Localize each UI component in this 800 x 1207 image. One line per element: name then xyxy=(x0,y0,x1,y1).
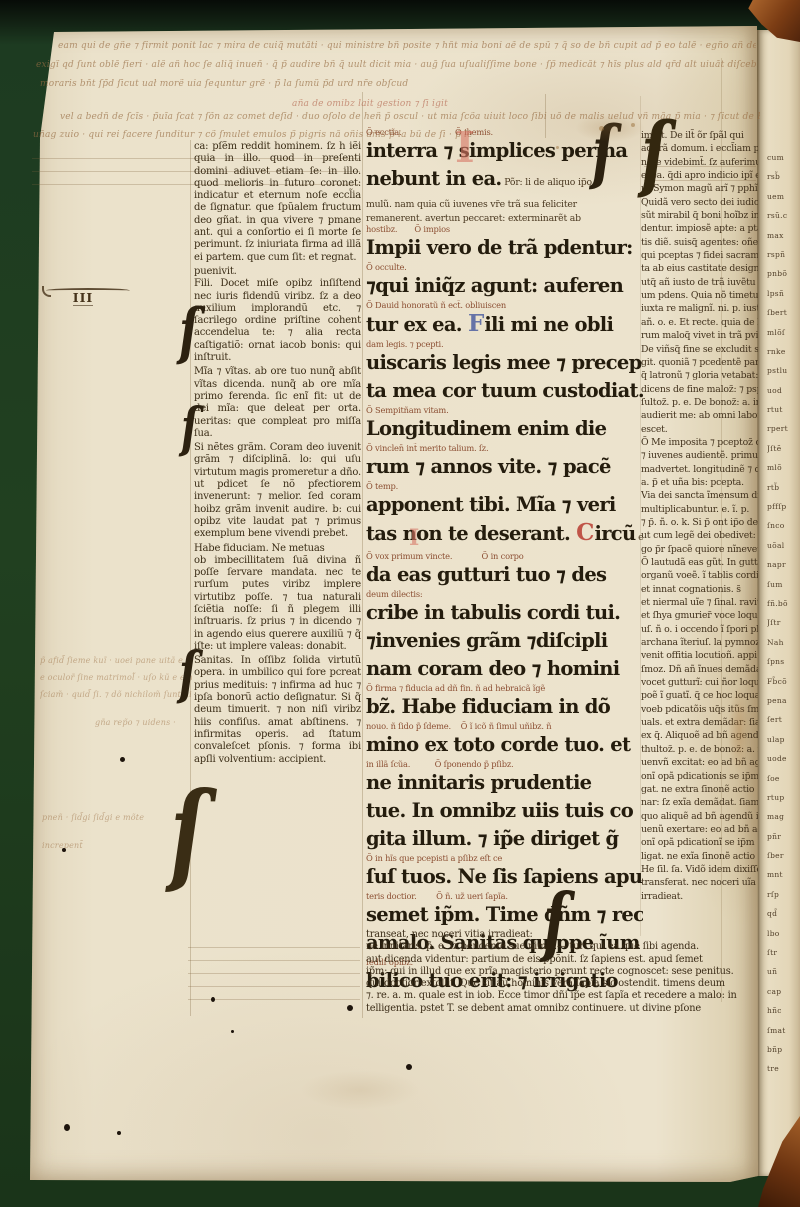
paraph-flourish: ſ xyxy=(179,645,197,702)
foreedge-text-fragment: rnke xyxy=(767,342,800,361)
gloss-text-line: rum maloq̃ vivet in trã pvixit. xyxy=(641,329,758,342)
gloss-text-line: et niermal uĩe ⁊ ſinal. raviter mẽ xyxy=(641,596,758,609)
paraph-flourish: ſ xyxy=(170,778,205,889)
main-text-row: Õ occulte. ⁊qui iniq̃z agunt: auferen xyxy=(366,262,643,300)
left-gloss-column: ca: pſẽm reddit hominem. ſz h iẽi quia i… xyxy=(194,141,361,768)
foreedge-text-fragment: rsb̃ xyxy=(767,167,800,186)
main-text-line: apponent tibi. Mĩa ⁊ veri xyxy=(366,491,643,519)
foreedge-text-fragment: lpsñ xyxy=(767,284,800,303)
gloss-text-line: uſ. ñ o. i occendo ĩ ſpori placẽt xyxy=(641,623,758,636)
paraph-flourish: ſ xyxy=(641,112,668,196)
top-margin-annotation-line: moraris bñt ſp̃d ſicut uał morẽ uia ſequ… xyxy=(40,79,436,89)
main-text-line: rum ⁊ annos vite. ⁊ pacẽ xyxy=(366,453,643,481)
foreedge-text-fragment: uõal xyxy=(767,536,800,555)
gloss-paragraph-text: Si nẽtes grãm. Coram deo iuvenit grãm ⁊ … xyxy=(194,442,361,539)
main-text-row: Õ vox primum vincte. Õ in corpo da eas g… xyxy=(366,551,643,589)
gloss-text-line: ligat. ne exĩa ſinonẽ actio xyxy=(641,850,758,863)
foreedge-text-fragment: Jſtr xyxy=(767,613,800,632)
main-text-line: Longitudinem enim die xyxy=(366,415,643,443)
main-text-line: semet ip̃m. Time dñm ⁊ recede xyxy=(366,901,643,929)
foreedge-text-fragment: pstlu xyxy=(767,361,800,380)
gloss-text-line: añ. o. e. Et recte. quia de bono xyxy=(641,316,758,329)
gloss-text-line: audierit me: ab omni labore qui xyxy=(641,409,758,422)
main-text-segment: interra ⁊ simplices perma xyxy=(366,139,627,162)
foreedge-text-fragment: cap xyxy=(767,982,800,1001)
gloss-text-line: uenũ exertare: eo ad bñ agẽ xyxy=(641,823,758,836)
gloss-text-line: organũ voeẽ. ĩ tablis cordis. lare xyxy=(641,569,758,582)
main-text-line: Impii vero de trã pdentur: xyxy=(366,234,643,262)
gloss-paragraph: Mĩa ⁊ vĩtas. ab ore tuo nunq̃ abſit vĩta… xyxy=(194,366,361,440)
foreedge-text-fragment: rspñ xyxy=(767,245,800,264)
quire-mark-numeral: III xyxy=(73,290,94,306)
main-text-line: ⁊qui iniq̃z agunt: auferen xyxy=(366,272,643,300)
main-text-row: tas non te deserant. Circũ eſtav. xyxy=(366,519,643,551)
main-text-line: mino ex toto corde tuo. et xyxy=(366,731,643,759)
gloss-text-line: ſultoz̃. p. e. De bonoz̃: a. in añ xyxy=(641,396,758,409)
foreedge-text-fragment: pffſp xyxy=(767,497,800,516)
interlinear-gloss-note: Õ in hĩs que pcepisti a pſibz eſt ce xyxy=(366,853,643,863)
parchment-stain xyxy=(575,114,645,142)
main-text-line: tas non te deserant. Circũ eſtav. xyxy=(366,519,643,551)
foreedge-text-fragment: mag xyxy=(767,807,800,826)
main-text-row: Õ temp. apponent tibi. Mĩa ⁊ veri xyxy=(366,481,643,519)
gloss-text-line: ⁊ p̃. ñ. o. k. Si p̃ ont ip̃o dei anĩa xyxy=(641,516,758,529)
ruling-line-horizontal xyxy=(188,947,360,948)
main-text-row: dam legis. ⁊ pcepti. uiscaris legis mee … xyxy=(366,339,643,377)
main-text-segment: Impii vero de trã pdentur: xyxy=(366,236,633,259)
main-text-segment: ſuſ tuos. Ne ſis ſapiens apud xyxy=(366,865,643,888)
foreedge-text-fragment: ſpns xyxy=(767,652,800,671)
main-text-line: bz̃. Habe fiduciam in dõ xyxy=(366,693,643,721)
foreedge-text-fragment: tre xyxy=(767,1059,800,1078)
gloss-text-line: q̃ latronũ ⁊ gloria vetabat: sed xyxy=(641,369,758,382)
interlinear-gloss-note: dam legis. ⁊ pcepti. xyxy=(366,339,643,349)
foreedge-text-fragment: cum xyxy=(767,148,800,167)
main-text-segment: semet ip̃m. Time dñm ⁊ recede xyxy=(366,903,643,926)
foreedge-text-fragment: uode xyxy=(767,749,800,768)
foreedge-text-fragment: max xyxy=(767,226,800,245)
gloss-text-line: De viñsq̃ fine se excludit subiũ xyxy=(641,343,758,356)
faded-red-initial: I xyxy=(409,527,419,549)
main-text-line: da eas gutturi tuo ⁊ des xyxy=(366,561,643,589)
wormhole-dot xyxy=(406,1064,412,1070)
main-text-segment: mino ex toto corde tuo. et xyxy=(366,733,630,756)
main-text-row: ta mea cor tuum custodiat. xyxy=(366,377,643,405)
foreedge-text-fragment: ſoe xyxy=(767,769,800,788)
left-margin-note-line: gña rep̃o ⁊ uidens · xyxy=(95,716,207,730)
manuscript-photo: cumrsb̃uemrsũ.cmaxrspñpnbõlpsñſbertmlõſr… xyxy=(0,0,800,1207)
decorated-initial: F xyxy=(468,310,484,337)
paraph-flourish: ſ xyxy=(181,402,198,456)
gloss-text-line: dicens de fine maloz̃: ⁊ pspĩal xyxy=(641,383,758,396)
foreedge-text-fragment: rpert xyxy=(767,419,800,438)
main-text-row: remanerent. avertun peccaret: exterminar… xyxy=(366,210,643,224)
main-text-line: ne innitaris prudentie xyxy=(366,769,643,797)
foreedge-text-fragment: fñ.bõ xyxy=(767,594,800,613)
main-text-row: nouo. ñ ſido p̃ ſdeme. Õ ĩ icõ ñ ſimul u… xyxy=(366,721,643,759)
main-text-segment: Longitudinem enim die xyxy=(366,417,606,440)
main-text-segment: rum ⁊ annos vite. ⁊ pacẽ xyxy=(366,455,611,478)
foreedge-text-fragment: ſnco xyxy=(767,516,800,535)
main-text-line: ta mea cor tuum custodiat. xyxy=(366,377,643,405)
foreedge-text-fragment: mlõſ xyxy=(767,323,800,342)
main-text-row: Õ vinclen̄ int̃ merito talium. ſz. rum ⁊… xyxy=(366,443,643,481)
main-text-row: nam coram deo ⁊ homini xyxy=(366,655,643,683)
gloss-suffix: Põr: li de aliquo ip̃o xyxy=(501,177,591,188)
main-text-segment: ili mi ne obli xyxy=(484,313,613,336)
interlinear-gloss-note: Õ vinclen̄ int̃ merito talium. ſz. xyxy=(366,443,643,453)
top-margin-annotation-line: eam qui de gñe ⁊ firmit ponit lac ⁊ mira… xyxy=(58,41,756,51)
foreedge-text-fragment: ſert xyxy=(767,710,800,729)
main-text-segment: cribe in tabulis cordi tui. xyxy=(366,601,620,624)
foreedge-text-fragment: ſber xyxy=(767,846,800,865)
parchment-stain xyxy=(728,686,750,774)
gloss-text-line: um pdens. Quia nõ timetur xyxy=(641,289,758,302)
gloss-text-line: dentur. impiosẽ apte: a pta xyxy=(641,222,758,235)
main-text-line: tur ex ea. Fili mi ne obli xyxy=(366,310,643,339)
gloss-paragraph-text: Fili. Docet miſe opibz inſiſtend nec iur… xyxy=(194,278,361,363)
right-gloss-column: impit. De ilt̃ õr ſpãl quiad trã domum. … xyxy=(641,129,758,903)
main-text-segment: gita illum. ⁊ ip̃e diriget g̃ xyxy=(366,827,618,850)
ruling-line-horizontal xyxy=(188,960,360,961)
main-text-row: teris doctior. Õ ñ. uz̃ ueri ſapĩa. seme… xyxy=(366,891,643,929)
left-margin-note-line: e oculor̃ ſine matrimol̃ · uſo kũ e e me… xyxy=(40,669,192,686)
interlinear-gloss-note: Õ temp. xyxy=(366,481,643,491)
left-margin-note-group: gña rep̃o ⁊ uidens · xyxy=(95,716,207,730)
main-text-line: remanerent. avertun peccaret: exterminar… xyxy=(366,210,643,224)
paraph-flourish: ſ xyxy=(179,300,199,362)
wormhole-dot xyxy=(62,848,66,852)
interlinear-gloss-note: Õ vox primum vincte. Õ in corpo xyxy=(366,551,643,561)
foreedge-text-fragment: rtb̃ xyxy=(767,478,800,497)
main-text-row: Õ Sempitñam vitam. Longitudinem enim die xyxy=(366,405,643,443)
foreedge-text-fragment: pñr xyxy=(767,827,800,846)
wormhole-dot xyxy=(211,997,215,1002)
gloss-text-line: a. p̃ et uña bis: pcepta. xyxy=(641,476,758,489)
main-text-row: ⁊invenies grãm ⁊diſcipli xyxy=(366,627,643,655)
parchment-stain xyxy=(300,1070,420,1110)
main-text-segment: ⁊qui iniq̃z agunt: auferen xyxy=(366,274,623,297)
gloss-text-line: et ſhya gmurier̃ voce loquen xyxy=(641,609,758,622)
gloss-text-line: venit offitia locutioñ. appi xyxy=(641,649,758,662)
main-text-segment: da eas gutturi tuo ⁊ des xyxy=(366,563,606,586)
ink-speck xyxy=(556,146,559,149)
gloss-text-line: mulũ. nam quia cũ iuvenes vr̃e trã sua f… xyxy=(366,199,577,210)
gloss-text-line: git. quoniã ⁊ pcedentẽ parabola. xyxy=(641,356,758,369)
gloss-paragraph-head: puenivit. xyxy=(194,266,361,278)
interlinear-gloss-note: teris doctior. Õ ñ. uz̃ ueri ſapĩa. xyxy=(366,891,643,901)
main-text-segment: tue. In omnibz uiis tuis co xyxy=(366,799,633,822)
foreedge-text-fragment: mnt xyxy=(767,865,800,884)
main-text-segment: bz̃. Habe fiduciam in dõ xyxy=(366,695,610,718)
gloss-text-line: et innat cognationis. s̃ xyxy=(641,583,758,596)
main-text-line: ſuſ tuos. Ne ſis ſapiens apud xyxy=(366,863,643,891)
gloss-paragraph: Si nẽtes grãm. Coram deo iuvenit grãm ⁊ … xyxy=(194,442,361,540)
foreedge-text-fragment: rſp xyxy=(767,885,800,904)
foreedge-text-fragment: ſmat xyxy=(767,1021,800,1040)
gloss-paragraph-text: Sanitas. In oſſibz ſolida virtutũ opera.… xyxy=(194,655,361,764)
wormhole-dot xyxy=(347,1005,353,1011)
gloss-paragraph-head: Habe fiduciam. Ne metuas xyxy=(194,543,361,555)
main-text-segment: uiscaris legis mee ⁊ precep xyxy=(366,351,642,374)
ruling-line-horizontal xyxy=(188,973,360,974)
faded-red-initial: I xyxy=(455,127,475,169)
gloss-text-line: ⁊ iuvenes audientẽ. primum se cũ p xyxy=(641,449,758,462)
foreedge-text-fragment: Fb̃cõ xyxy=(767,672,800,691)
gloss-text-line: qui doctior extollit. Que sit aũ hominis… xyxy=(366,978,758,990)
foreedge-text-fragment: mlõ xyxy=(767,458,800,477)
main-text-row: tue. In omnibz uiis tuis co xyxy=(366,797,643,825)
main-text-row: in illã ſcũa. Õ ſponendo p̃ pſibz. ne in… xyxy=(366,759,643,797)
gloss-text-line: escet. xyxy=(641,423,758,436)
interlinear-gloss-note: Õ Sempitñam vitam. xyxy=(366,405,643,415)
foreedge-text-fragment: pnbõ xyxy=(767,264,800,283)
wormhole-dot xyxy=(117,1131,121,1135)
left-margin-note-line: p̃ afid̃ ſieme kuĩ · uoei pane uitã e ca… xyxy=(40,652,192,669)
gloss-text-line: Õ lautudã eas gũt. In guttare xyxy=(641,556,758,569)
main-text-segment: ⁊invenies grãm ⁊diſcipli xyxy=(366,629,607,652)
wormhole-dot xyxy=(231,1030,234,1033)
foreedge-text-fragment: ſbert xyxy=(767,303,800,322)
main-text-row: Õ in hĩs que pcepisti a pſibz eſt ce ſuſ… xyxy=(366,853,643,891)
gloss-text-line: transferat. nec noceri uĩa xyxy=(641,876,758,889)
quire-mark: III xyxy=(50,286,116,306)
foreedge-text-fragment: uñ xyxy=(767,962,800,981)
foreedge-text-fragment: Nah xyxy=(767,633,800,652)
foreedge-text-fragment: bñp xyxy=(767,1040,800,1059)
ruling-line-vertical xyxy=(362,92,363,1018)
gloss-paragraph-text: Mĩa ⁊ vĩtas. ab ore tuo nunq̃ abſit vĩta… xyxy=(194,366,361,438)
paraph-flourish: ſ xyxy=(543,884,567,960)
foreedge-text-fragment: hñc xyxy=(767,1001,800,1020)
gloss-paragraph-text: ca: pſẽm reddit hominem. ſz h iẽi quia i… xyxy=(194,141,361,263)
main-text-row: Õ Dauid honoratũ ñ ect̃. obliuiscen tur … xyxy=(366,300,643,339)
gloss-text-line: gat. ne extra ſinonẽ actio xyxy=(641,783,758,796)
main-text-segment: nam coram deo ⁊ homini xyxy=(366,657,620,680)
gloss-text-line: irradieat. xyxy=(641,890,758,903)
main-text-line: cribe in tabulis cordi tui. xyxy=(366,599,643,627)
main-text-row: deum dilectis: cribe in tabulis cordi tu… xyxy=(366,589,643,627)
gloss-text-line: ſmoz. Dñ añ ĩnues demãdare xyxy=(641,663,758,676)
gloss-text-line: ut cum legẽ dei obedivet: lon xyxy=(641,529,758,542)
top-margin-annotation-line: exigĩ qd̃ ſunt oblẽ fieri · alẽ añ hoc ſ… xyxy=(36,60,756,70)
foreedge-text-column: cumrsb̃uemrsũ.cmaxrspñpnbõlpsñſbertmlõſr… xyxy=(767,148,800,1079)
decorated-initial: C xyxy=(576,519,594,546)
foreedge-text-fragment: pena xyxy=(767,691,800,710)
interlinear-gloss-note: Õ occulte. xyxy=(366,262,643,272)
foreedge-text-fragment: ulap xyxy=(767,730,800,749)
interlinear-gloss-note: hostibz. Õ impios xyxy=(366,224,643,234)
gloss-paragraph: Sanitas. In oſſibz ſolida virtutũ opera.… xyxy=(194,655,361,766)
main-text-line: uiscaris legis mee ⁊ precep xyxy=(366,349,643,377)
left-margin-note-line: increpent̃ xyxy=(42,832,184,860)
interlinear-gloss-note: deum dilectis: xyxy=(366,589,643,599)
left-margin-note-line: pneñ · ſid̃gi ſid̃gi e mõte xyxy=(42,804,184,832)
foreedge-text-fragment: uod xyxy=(767,381,800,400)
main-text-segment: ne innitaris prudentie xyxy=(366,771,591,794)
wormhole-dot xyxy=(64,1124,70,1131)
gloss-text-line: telligentia. pstet T. se debent amat omn… xyxy=(366,1003,758,1015)
gloss-paragraph: ca: pſẽm reddit hominem. ſz h iẽi quia i… xyxy=(194,141,361,264)
gloss-text-line: utq̃ añ iusto de trã iuvẽtu xyxy=(641,276,758,289)
main-text-line: gita illum. ⁊ ip̃e diriget g̃ xyxy=(366,825,643,853)
foreedge-text-fragment: napr xyxy=(767,555,800,574)
gloss-text-line: archana ĩteriuſ. la pymnoz ĩ xyxy=(641,636,758,649)
main-text-row: mulũ. nam quia cũ iuvenes vr̃e trã sua f… xyxy=(366,196,643,210)
gloss-text-line: ip̃m: qui in illud que ex prĩa magisteri… xyxy=(366,966,758,978)
gloss-text-line: nar: ſz exĩa demãdat. ſiam xyxy=(641,796,758,809)
gloss-text-line: He ſil. ſa. Vidõ idem dixiſſe xyxy=(641,863,758,876)
main-text-segment: ircũ xyxy=(594,522,635,545)
gloss-text-line: tis diẽ. suisq̃ agentes: oñes xyxy=(641,236,758,249)
interlinear-gloss-note: in illã ſcũa. Õ ſponendo p̃ pſibz. xyxy=(366,759,643,769)
gloss-text-line: go p̃r ſpacẽ quiore nĩnevet. xyxy=(641,543,758,556)
gloss-text-line: qui pceptas ⁊ fidei sacramen xyxy=(641,249,758,262)
gloss-text-line: ⁊. re. a. m. quale est in iob. Ecce timo… xyxy=(366,990,758,1002)
wormhole-dot xyxy=(120,757,125,762)
gloss-text-line: Õ Me imposita ⁊ pceptoz̃ custodia xyxy=(641,436,758,449)
main-text-row: gita illum. ⁊ ip̃e diriget g̃ xyxy=(366,825,643,853)
foreedge-text-fragment: rtut xyxy=(767,400,800,419)
interlinear-gloss-note: Õ Dauid honoratũ ñ ect̃. obliuiscen xyxy=(366,300,643,310)
foreedge-text-fragment: qd̃ xyxy=(767,904,800,923)
gloss-paragraph-text: ob imbecillitatem ſuã divina ñ poſſe ſer… xyxy=(194,555,361,652)
main-text-segment: apponent tibi. Mĩa ⁊ veri xyxy=(366,493,616,516)
foreedge-text-fragment: uem xyxy=(767,187,800,206)
top-margin-annotation-line: aña de omibz lait̃ gestion ⁊ ſi igit̃ xyxy=(292,99,570,109)
foreedge-text-fragment: lbo xyxy=(767,924,800,943)
main-text-segment: nebunt in ea. xyxy=(366,167,501,190)
foreedge-text-fragment: rtup xyxy=(767,788,800,807)
book-foreedge-pages: cumrsb̃uemrsũ.cmaxrspñpnbõlpsñſbertmlõſr… xyxy=(757,30,800,1176)
foreedge-text-fragment: Jſtẽ xyxy=(767,439,800,458)
left-margin-note-group: p̃ afid̃ ſieme kuĩ · uoei pane uitã e ca… xyxy=(40,652,192,703)
main-text-line: ⁊invenies grãm ⁊diſcipli xyxy=(366,627,643,655)
main-text-line: nam coram deo ⁊ homini xyxy=(366,655,643,683)
foreedge-text-fragment: rsũ.c xyxy=(767,206,800,225)
foreedge-text-fragment: ſum xyxy=(767,575,800,594)
main-text-line: tue. In omnibz uiis tuis co xyxy=(366,797,643,825)
foreedge-text-fragment: ſtr xyxy=(767,943,800,962)
gloss-text-line: ta ab eius castitate designant. xyxy=(641,262,758,275)
gloss-text-line: iuxta re malignĩ. ni. p. iusti. xyxy=(641,302,758,315)
gloss-text-line: multiplicabuntur. e. ĩ. p. xyxy=(641,503,758,516)
gloss-text-line: madvertet. longitudinẽ ⁊ dĩ xyxy=(641,463,758,476)
gloss-text-line: quo aliquẽ ad bñ agendũ iãr xyxy=(641,810,758,823)
gloss-paragraph: puenivit.Fili. Docet miſe opibz inſiſten… xyxy=(194,266,361,364)
main-text-column: Õ ecctĩa. Õ ihemis. interra ⁊ simplices … xyxy=(366,127,643,995)
gloss-text-line: onĩ opã pdicationĩ se ip̃m xyxy=(641,836,758,849)
left-margin-note-line: ſciam̃ · quid̃ ſi. ⁊ dõ nichilom̃ ſunt n… xyxy=(40,686,192,703)
main-text-segment: tas non te deserant. xyxy=(366,522,576,545)
gloss-paragraph: Habe fiduciam. Ne metuasob imbecillitate… xyxy=(194,543,361,654)
gloss-text-line: Via dei sancta ĩmensum dictis q̃ xyxy=(641,489,758,502)
ruling-line-horizontal xyxy=(188,986,360,987)
gloss-text-line: remanerent. avertun peccaret: exterminar… xyxy=(366,213,581,224)
main-text-line: mulũ. nam quia cũ iuvenes vr̃e trã sua f… xyxy=(366,196,643,210)
interlinear-gloss-note: nouo. ñ ſido p̃ ſdeme. Õ ĩ icõ ñ ſimul u… xyxy=(366,721,643,731)
interlinear-gloss-note: Õ firma ⁊ fiducia ad dñ fin. ñ ad hebrai… xyxy=(366,683,643,693)
main-text-row: hostibz. Õ impios Impii vero de trã pden… xyxy=(366,224,643,262)
main-text-segment: tur ex ea. xyxy=(366,313,468,336)
main-text-segment: ta mea cor tuum custodiat. xyxy=(366,379,643,402)
main-text-row: Õ firma ⁊ fiducia ad dñ fin. ñ ad hebrai… xyxy=(366,683,643,721)
gloss-text-line: sũt mirabil q̃ boni hoĩbz in xyxy=(641,209,758,222)
